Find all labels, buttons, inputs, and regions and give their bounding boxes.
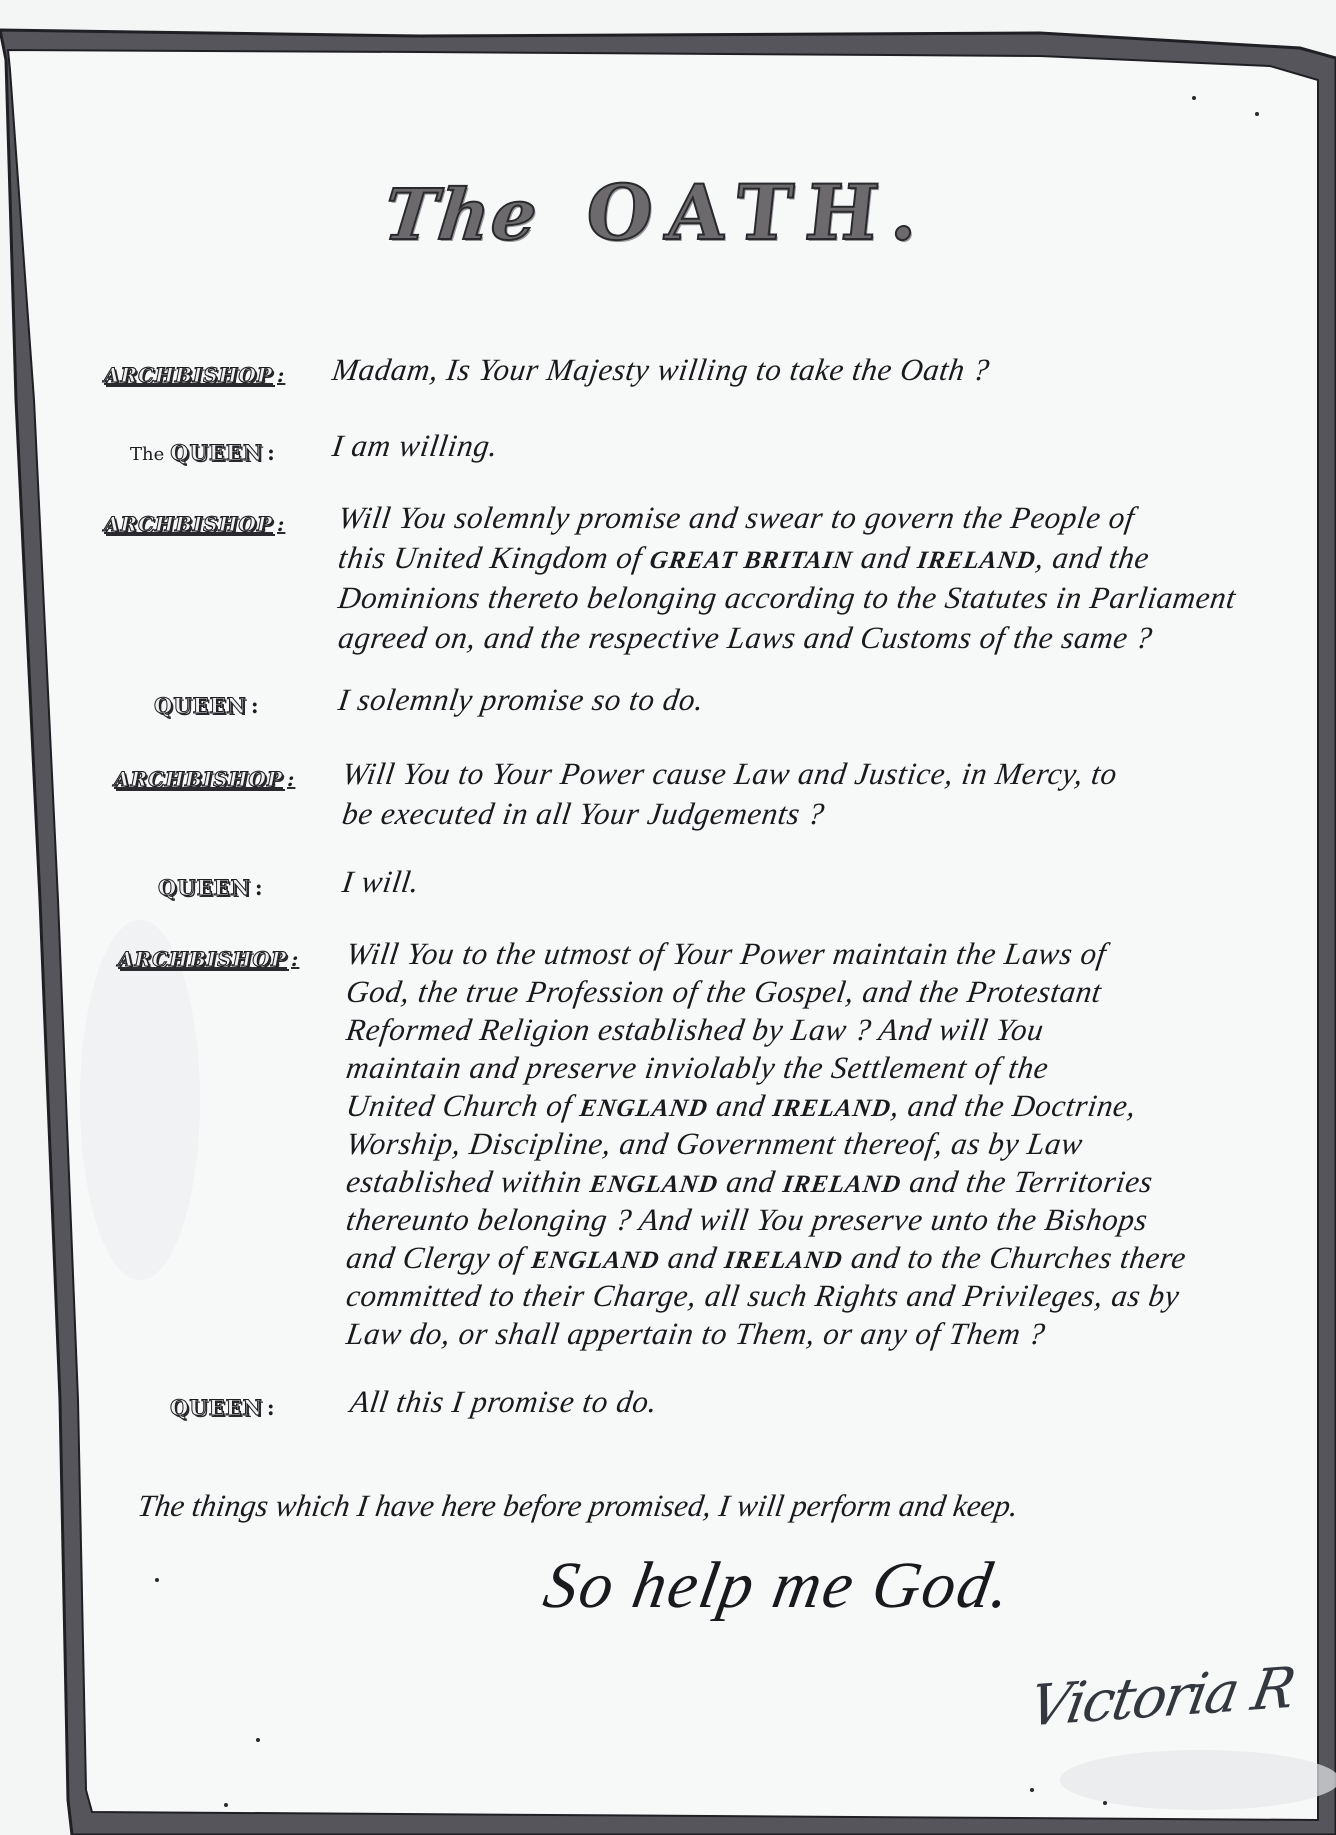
oath-line: Reformed Religion established by Law ? A… <box>344 1012 1046 1048</box>
oath-line: maintain and preserve inviolably the Set… <box>344 1050 1051 1086</box>
oath-line: committed to their Charge, all such Righ… <box>344 1278 1182 1314</box>
speaker-label-archbishop: ARCHBISHOP: <box>114 767 295 791</box>
speaker-label-queen: QUEEN: <box>154 693 260 718</box>
oath-line: United Church of ENGLAND and IRELAND, an… <box>344 1088 1139 1124</box>
paper-speck <box>256 1738 260 1742</box>
speaker-label-queen: TheQUEEN: <box>130 440 276 465</box>
so-help-me-god: So help me God. <box>538 1548 1018 1624</box>
oath-line: Will You solemnly promise and swear to g… <box>336 500 1137 536</box>
oath-line: Dominions thereto belonging according to… <box>336 580 1238 616</box>
paper-speck <box>1192 96 1196 100</box>
speaker-label-archbishop: ARCHBISHOP: <box>118 947 299 971</box>
oath-line: All this I promise to do. <box>348 1384 660 1420</box>
oath-line: Worship, Discipline, and Government ther… <box>344 1126 1085 1162</box>
oath-line: I solemnly promise so to do. <box>336 682 706 718</box>
oath-line: I am willing. <box>330 428 500 464</box>
oath-line: and Clergy of ENGLAND and IRELAND and to… <box>344 1240 1189 1276</box>
title-main: OATH. <box>582 168 937 257</box>
oath-line: this United Kingdom of GREAT BRITAIN and… <box>336 540 1152 576</box>
speaker-label-archbishop: ARCHBISHOP: <box>104 512 285 536</box>
oath-line: thereunto belonging ? And will You prese… <box>344 1202 1150 1238</box>
oath-line: established within ENGLAND and IRELAND a… <box>344 1164 1155 1200</box>
oath-line: agreed on, and the respective Laws and C… <box>336 620 1155 656</box>
oath-line: Madam, Is Your Majesty willing to take t… <box>330 352 992 388</box>
oath-line: God, the true Profession of the Gospel, … <box>344 974 1104 1010</box>
speaker-label-queen: QUEEN: <box>170 1395 276 1420</box>
title-prefix: The <box>380 173 542 256</box>
oath-line: Will You to Your Power cause Law and Jus… <box>340 756 1120 792</box>
oath-line: Law do, or shall appertain to Them, or a… <box>344 1316 1048 1352</box>
oath-line: I will. <box>340 864 422 900</box>
document-title: TheOATH. <box>380 168 989 257</box>
paper-speck <box>1103 1801 1107 1805</box>
oath-line: Will You to the utmost of Your Power mai… <box>344 936 1109 972</box>
closing-promise: The things which I have here before prom… <box>135 1488 1020 1524</box>
oath-line: be executed in all Your Judgements ? <box>340 796 827 832</box>
speaker-label-queen: QUEEN: <box>158 875 264 900</box>
paper-speck <box>1030 1788 1034 1792</box>
paper-speck <box>1255 112 1259 116</box>
paper-speck <box>224 1803 228 1807</box>
paper-speck <box>155 1578 159 1582</box>
speaker-label-archbishop: ARCHBISHOP: <box>104 363 285 387</box>
